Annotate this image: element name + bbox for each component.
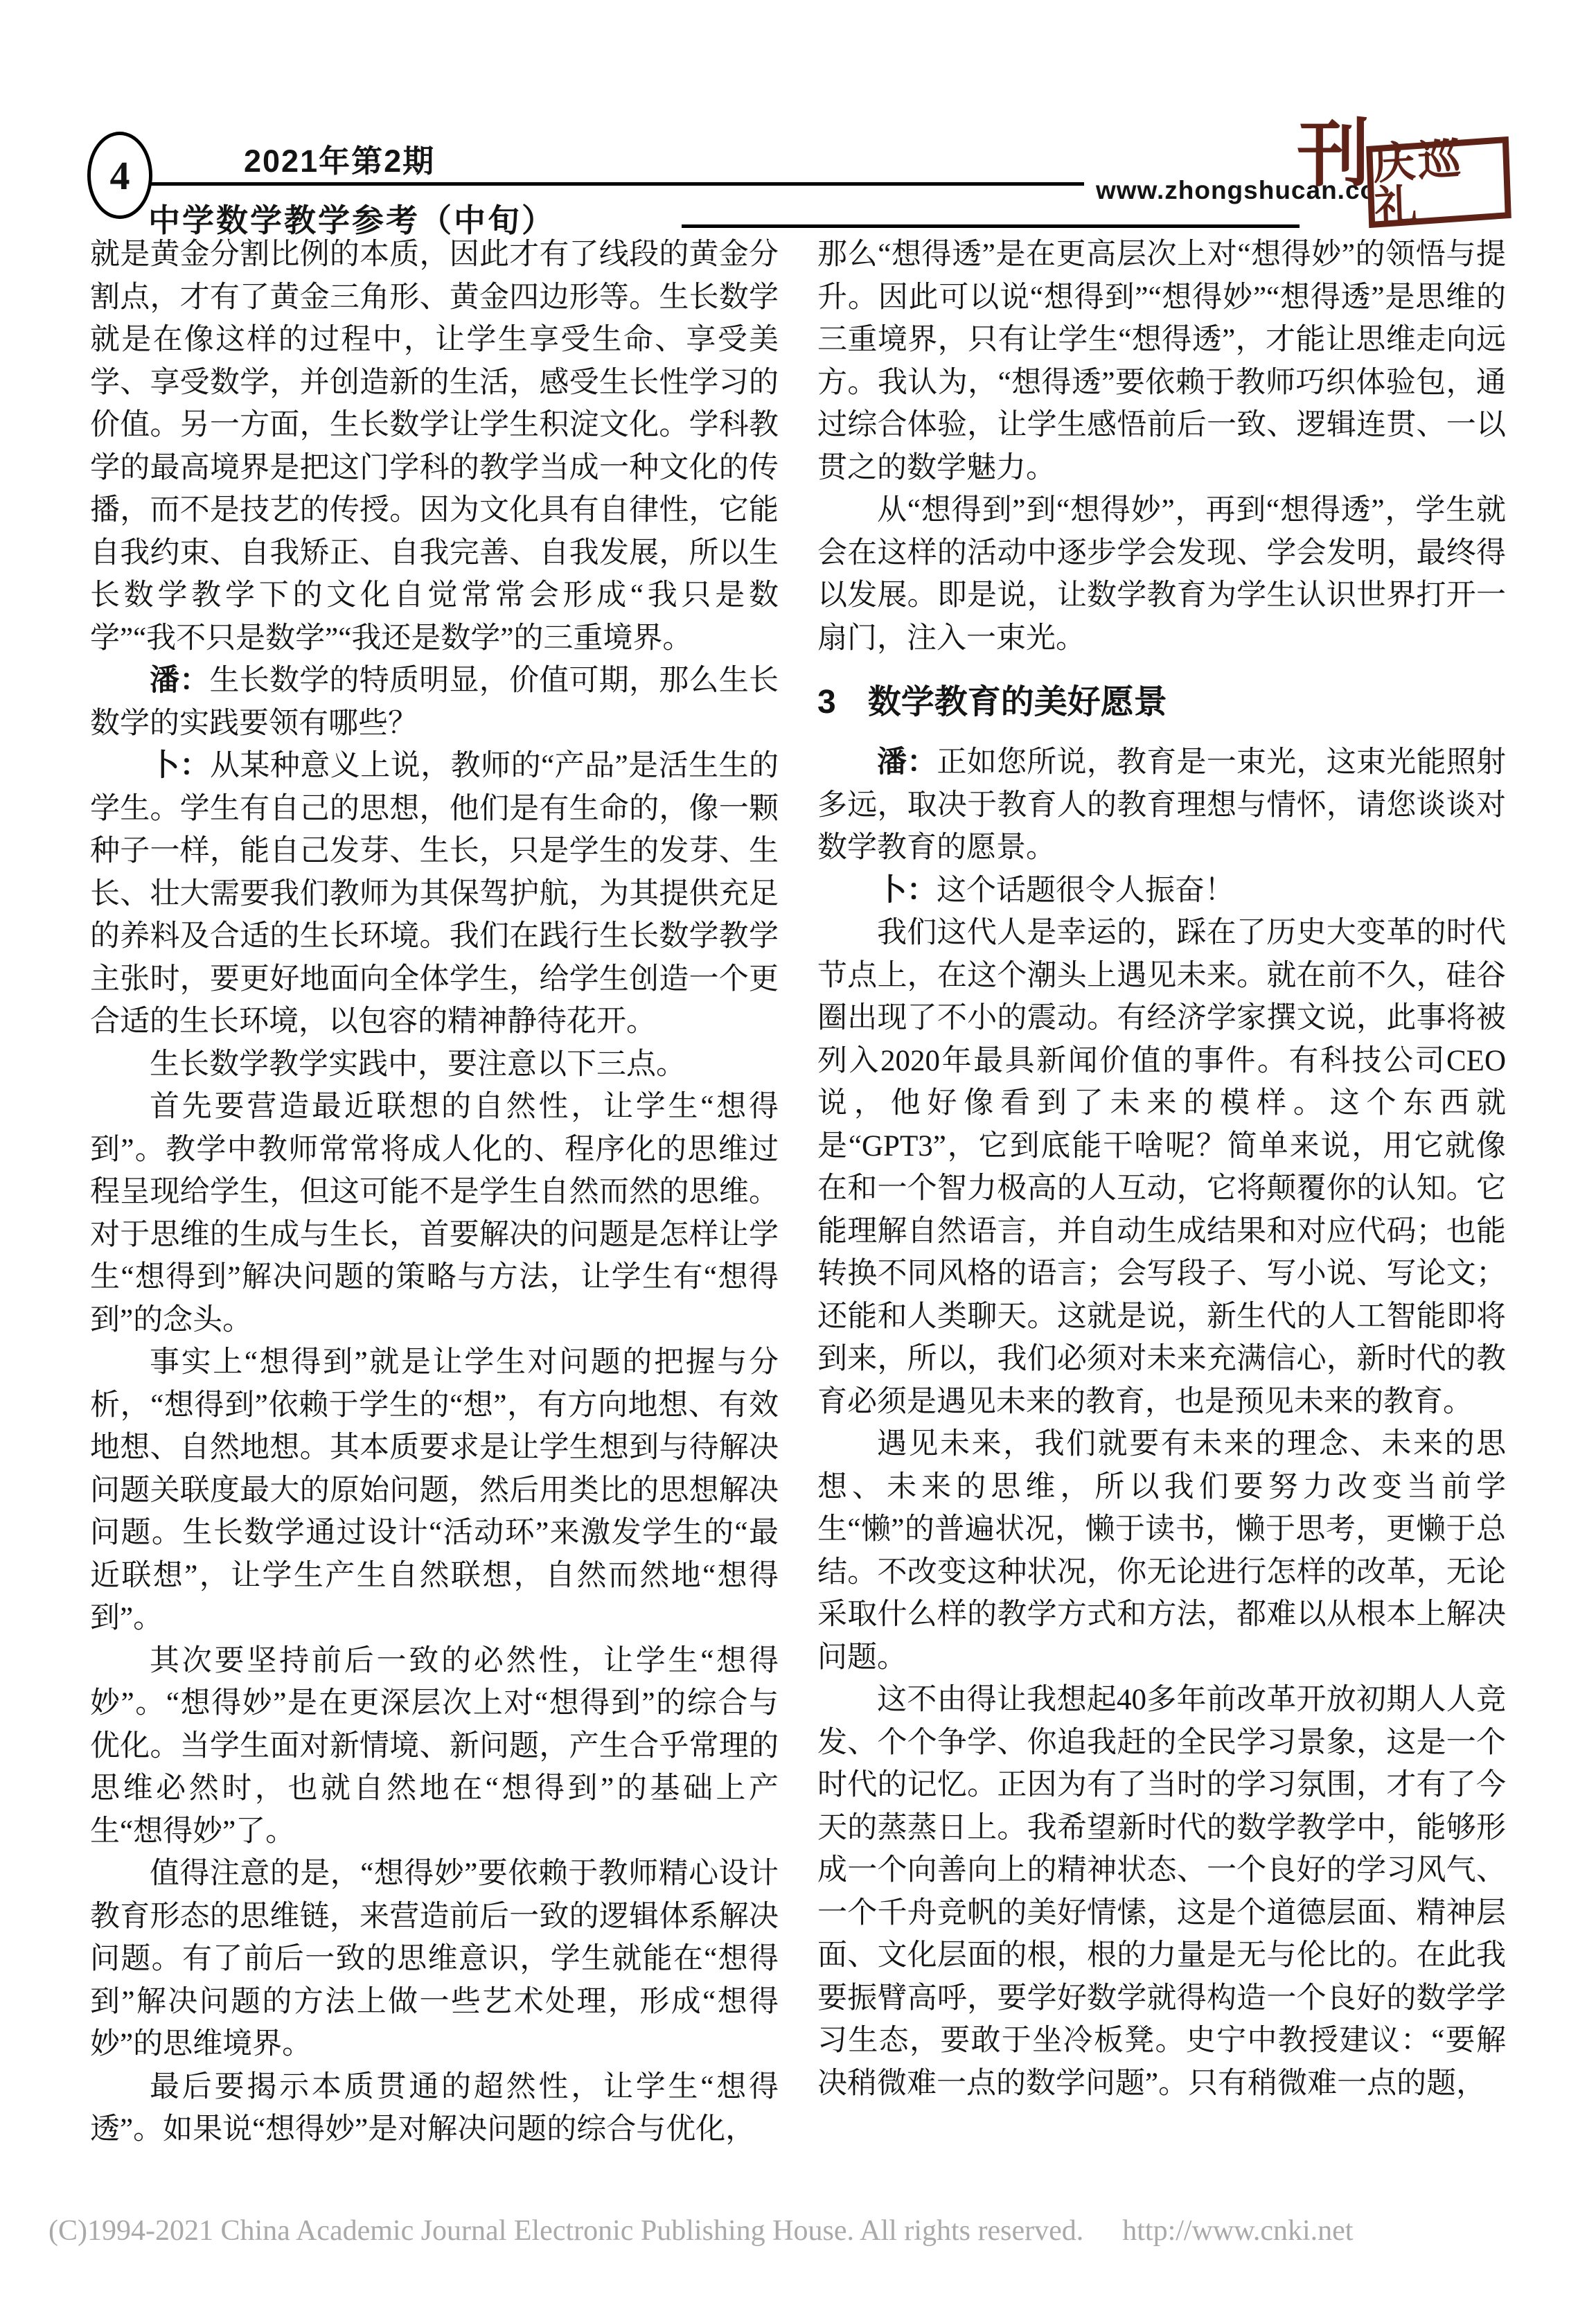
section-heading: 3数学教育的美好愿景	[817, 682, 1506, 723]
paragraph-text: 最后要揭示本质贯通的超然性，让学生“想得透”。如果说“想得妙”是对解决问题的综合…	[90, 2071, 779, 2146]
page-number-badge: 4	[87, 132, 152, 219]
stamp-label: 庆巡礼	[1372, 134, 1505, 229]
speaker-label: 卜：	[877, 874, 937, 907]
paragraph-text: 值得注意的是，“想得妙”要依赖于教师精心设计教育形态的思维链，来营造前后一致的逻…	[90, 1857, 779, 2060]
speaker-label: 潘：	[877, 745, 937, 779]
paragraph: 卜：这个话题很令人振奋！	[817, 869, 1506, 912]
column-stamp: 刊 庆巡礼	[1297, 116, 1509, 252]
paragraph: 遇见未来，我们就要有未来的理念、未来的思想、未来的思维，所以我们要努力改变当前学…	[817, 1423, 1506, 1679]
scanned-journal-page: 4 2021年第2期 中学数学教学参考（中旬） www.zhongshucan.…	[0, 0, 1596, 2305]
paragraph-text: 从某种意义上说，教师的“产品”是活生生的学生。学生有自己的思想，他们是有生命的，…	[90, 750, 779, 1038]
header-rule-bottom	[682, 224, 1300, 228]
speaker-label: 潘：	[150, 664, 210, 697]
paragraph: 就是黄金分割比例的本质，因此才有了线段的黄金分割点，才有了黄金三角形、黄金四边形…	[90, 233, 779, 660]
paragraph: 其次要坚持前后一致的必然性，让学生“想得妙”。“想得妙”是在更深层次上对“想得到…	[90, 1640, 779, 1853]
article-column-left: 就是黄金分割比例的本质，因此才有了线段的黄金分割点，才有了黄金三角形、黄金四边形…	[90, 233, 779, 2151]
paragraph: 最后要揭示本质贯通的超然性，让学生“想得透”。如果说“想得妙”是对解决问题的综合…	[90, 2066, 779, 2151]
copyright-footer: (C)1994-2021 China Academic Journal Elec…	[48, 2214, 1559, 2247]
paragraph: 生长数学教学实践中，要注意以下三点。	[90, 1043, 779, 1086]
footer-url: http://www.cnki.net	[1122, 2215, 1353, 2247]
paragraph: 我们这代人是幸运的，踩在了历史大变革的时代节点上，在这个潮头上遇见未来。就在前不…	[817, 912, 1506, 1423]
paragraph-text: 其次要坚持前后一致的必然性，让学生“想得妙”。“想得妙”是在更深层次上对“想得到…	[90, 1645, 779, 1848]
section-number: 3	[817, 684, 836, 721]
paragraph: 这不由得让我想起40多年前改革开放初期人人竞发、个个争学、你追我赶的全民学习景象…	[817, 1679, 1506, 2105]
paragraph: 从“想得到”到“想得妙”，再到“想得透”，学生就会在这样的活动中逐步学会发现、学…	[817, 489, 1506, 660]
paragraph: 值得注意的是，“想得妙”要依赖于教师精心设计教育形态的思维链，来营造前后一致的逻…	[90, 1853, 779, 2066]
paragraph: 事实上“想得到”就是让学生对问题的把握与分析，“想得到”依赖于学生的“想”，有方…	[90, 1341, 779, 1640]
paragraph-text: 这个话题很令人振奋！	[937, 874, 1234, 907]
paragraph: 潘：生长数学的特质明显，价值可期，那么生长数学的实践要领有哪些？	[90, 660, 779, 745]
paragraph: 卜：从某种意义上说，教师的“产品”是活生生的学生。学生有自己的思想，他们是有生命…	[90, 745, 779, 1043]
header-rule-top	[142, 182, 1084, 186]
page-number: 4	[110, 152, 130, 199]
article-column-right: 那么“想得透”是在更高层次上对“想得妙”的领悟与提升。因此可以说“想得到”“想得…	[817, 233, 1506, 2105]
paragraph: 潘：正如您所说，教育是一束光，这束光能照射多远，取决于教育人的教育理想与情怀，请…	[817, 741, 1506, 869]
paragraph-text: 事实上“想得到”就是让学生对问题的把握与分析，“想得到”依赖于学生的“想”，有方…	[90, 1346, 779, 1634]
speaker-label: 卜：	[150, 749, 210, 782]
paragraph: 那么“想得透”是在更高层次上对“想得妙”的领悟与提升。因此可以说“想得到”“想得…	[817, 233, 1506, 489]
paragraph: 首先要营造最近联想的自然性，让学生“想得到”。教学中教师常常将成人化的、程序化的…	[90, 1086, 779, 1341]
paragraph-text: 生长数学教学实践中，要注意以下三点。	[150, 1048, 686, 1081]
paragraph-text: 首先要营造最近联想的自然性，让学生“想得到”。教学中教师常常将成人化的、程序化的…	[90, 1090, 779, 1336]
stamp-box: 庆巡礼	[1366, 136, 1511, 228]
paragraph-text: 从“想得到”到“想得妙”，再到“想得透”，学生就会在这样的活动中逐步学会发现、学…	[817, 494, 1506, 655]
paragraph-text: 就是黄金分割比例的本质，因此才有了线段的黄金分割点，才有了黄金三角形、黄金四边形…	[90, 238, 779, 655]
paragraph-text: 遇见未来，我们就要有未来的理念、未来的思想、未来的思维，所以我们要努力改变当前学…	[817, 1428, 1506, 1674]
paragraph-text: 我们这代人是幸运的，踩在了历史大变革的时代节点上，在这个潮头上遇见未来。就在前不…	[817, 917, 1506, 1418]
paragraph-text: 这不由得让我想起40多年前改革开放初期人人竞发、个个争学、你追我赶的全民学习景象…	[817, 1684, 1506, 2100]
paragraph-text: 那么“想得透”是在更高层次上对“想得妙”的领悟与提升。因此可以说“想得到”“想得…	[817, 238, 1506, 484]
issue-label: 2021年第2期	[244, 136, 435, 181]
stamp-prefix-character: 刊	[1297, 118, 1370, 191]
section-title: 数学教育的美好愿景	[868, 684, 1167, 721]
copyright-text: (C)1994-2021 China Academic Journal Elec…	[48, 2215, 1083, 2247]
